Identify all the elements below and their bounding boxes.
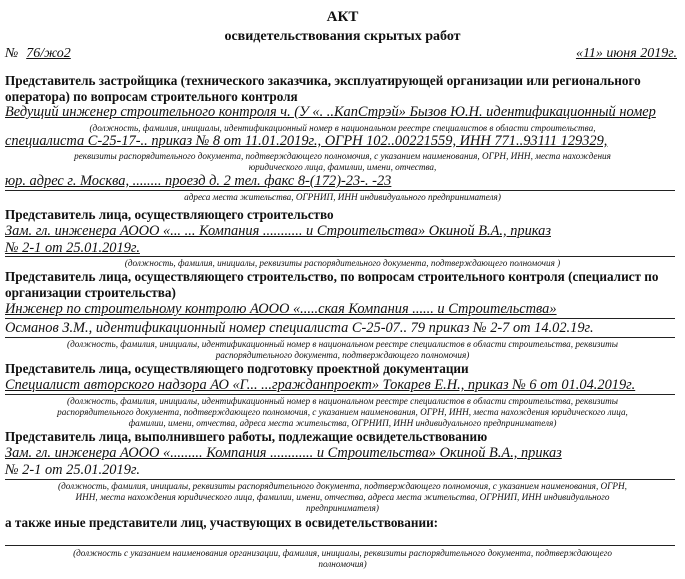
section-5-heading: Представитель лица, выполнившего работы,… [5,429,487,445]
section-1-caption-1: (должность, фамилия, инициалы, идентифик… [0,123,685,133]
number-value[interactable]: 76/жо2 [26,46,71,61]
section-1-caption-3: юридического лица, фамилии, имени, отчес… [0,162,685,172]
number-label: № [5,46,18,61]
section-3-heading-line-2: организации строительства) [5,285,176,301]
section-1-heading-line-1: Представитель застройщика (технического … [5,73,641,89]
section-4-heading: Представитель лица, осуществляющего подг… [5,361,469,377]
section-4-underline [5,394,675,395]
section-3-caption-1: (должность, фамилия, инициалы, идентифик… [0,339,685,349]
section-6-heading: а также иные представители лиц, участвую… [5,515,438,531]
section-5-caption-2: ИНН, места нахождения юридического лица,… [0,492,685,502]
section-5-fill-line-2[interactable]: № 2-1 от 25.01.2019г. [5,462,140,479]
section-3-heading-line-1: Представитель лица, осуществляющего стро… [5,269,659,285]
date-value[interactable]: «11» июня 2019г. [576,46,677,61]
act-date: «11» июня 2019г. [576,46,677,62]
section-1-caption-2: реквизиты распорядительного документа, п… [0,151,685,161]
section-3-caption-2: распорядительного документа, подтверждаю… [0,350,685,360]
section-3-fill-line-1[interactable]: Инженер по строительному контролю АООО «… [5,301,557,318]
document-subtitle: освидетельствования скрытых работ [0,29,685,45]
section-1-heading-line-2: оператора) по вопросам строительного кон… [5,89,298,105]
section-4-fill-line-1[interactable]: Специалист авторского надзора АО «Г... .… [5,377,635,394]
section-3-underline-1 [5,318,675,319]
section-2-fill-line-2[interactable]: № 2-1 от 25.01.2019г. [5,240,140,257]
section-1-caption-4: адреса места жительства, ОГРНИП, ИНН инд… [0,192,685,202]
section-6-caption-1: (должность с указанием наименования орга… [0,548,685,558]
section-3-fill-line-2[interactable]: Османов З.М., идентификационный номер сп… [5,320,594,337]
section-1-underline [5,190,675,191]
section-1-fill-line-2[interactable]: специалиста С-25-17-.. приказ № 8 от 11.… [5,133,607,150]
section-2-fill-line-1[interactable]: Зам. гл. инженера АООО «... ... Компания… [5,223,551,240]
section-2-caption: (должность, фамилия, инициалы, реквизиты… [0,258,685,268]
section-2-underline [5,256,675,257]
section-5-fill-line-1[interactable]: Зам. гл. инженера АООО «......... Компан… [5,445,562,462]
act-number: №76/жо2 [5,46,71,62]
section-2-heading: Представитель лица, осуществляющего стро… [5,207,334,223]
section-6-caption-2: полномочия) [0,559,685,569]
section-1-fill-line-3[interactable]: юр. адрес г. Москва, ........ проезд д. … [5,173,391,190]
section-3-underline-2 [5,337,675,338]
section-6-underline[interactable] [5,545,675,546]
section-5-underline [5,479,675,480]
section-5-caption-1: (должность, фамилия, инициалы, реквизиты… [0,481,685,491]
section-1-fill-line-1[interactable]: Ведущий инженер строительного контроля ч… [5,104,656,121]
document-title: АКТ [0,9,685,26]
section-5-caption-3: предпринимателя) [0,503,685,513]
section-4-caption-2: распорядительного документа, подтверждаю… [0,407,685,417]
section-4-caption-3: фамилии, имени, отчества, адреса места ж… [0,418,685,428]
section-4-caption-1: (должность, фамилия, инициалы, идентифик… [0,396,685,406]
